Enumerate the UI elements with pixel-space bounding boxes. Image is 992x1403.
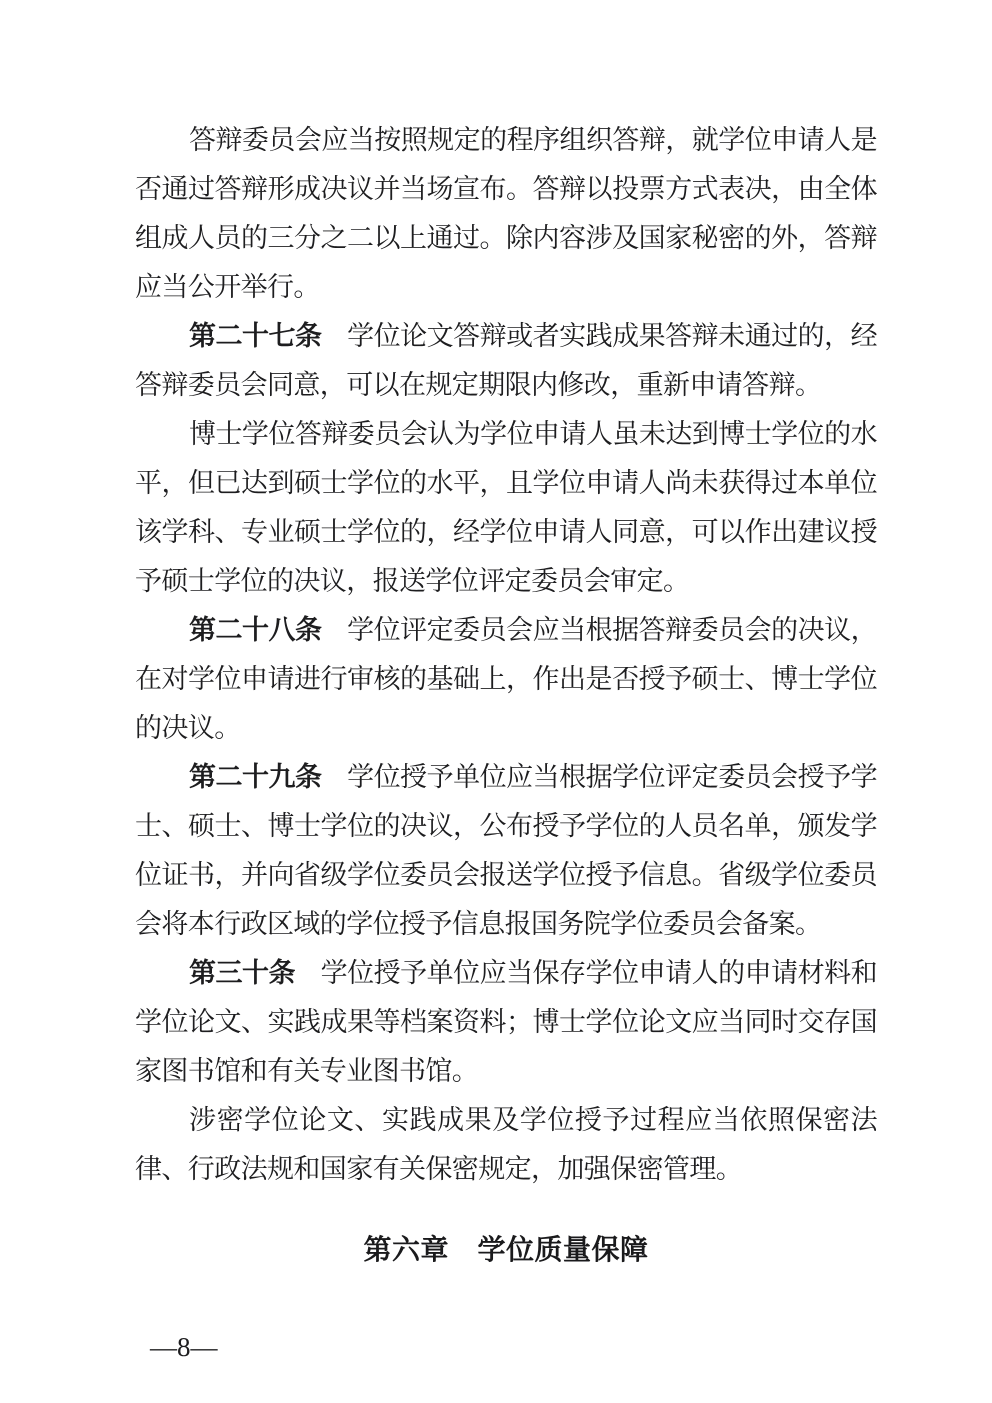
document-body: 答辩委员会应当按照规定的程序组织答辩，就学位申请人是否通过答辩形成决议并当场宣布… bbox=[135, 116, 877, 1274]
document-page: 答辩委员会应当按照规定的程序组织答辩，就学位申请人是否通过答辩形成决议并当场宣布… bbox=[0, 0, 992, 1403]
paragraph-text: 答辩委员会应当按照规定的程序组织答辩，就学位申请人是否通过答辩形成决议并当场宣布… bbox=[135, 125, 877, 302]
article-number: 第三十条 bbox=[189, 958, 295, 988]
article-number: 第二十七条 bbox=[189, 321, 322, 351]
paragraph: 第二十七条学位论文答辩或者实践成果答辩未通过的，经答辩委员会同意，可以在规定期限… bbox=[135, 312, 877, 410]
paragraph: 第三十条学位授予单位应当保存学位申请人的申请材料和学位论文、实践成果等档案资料；… bbox=[135, 949, 877, 1096]
page-number: —8— bbox=[150, 1331, 218, 1363]
paragraph: 答辩委员会应当按照规定的程序组织答辩，就学位申请人是否通过答辩形成决议并当场宣布… bbox=[135, 116, 877, 312]
article-number: 第二十九条 bbox=[189, 762, 322, 792]
paragraph: 第二十九条学位授予单位应当根据学位评定委员会授予学士、硕士、博士学位的决议，公布… bbox=[135, 753, 877, 949]
paragraph-text: 博士学位答辩委员会认为学位申请人虽未达到博士学位的水平，但已达到硕士学位的水平，… bbox=[135, 419, 877, 596]
paragraph: 博士学位答辩委员会认为学位申请人虽未达到博士学位的水平，但已达到硕士学位的水平，… bbox=[135, 410, 877, 606]
chapter-heading: 第六章 学位质量保障 bbox=[135, 1225, 877, 1274]
paragraph-text: 涉密学位论文、实践成果及学位授予过程应当依照保密法律、行政法规和国家有关保密规定… bbox=[135, 1105, 877, 1184]
article-number: 第二十八条 bbox=[189, 615, 322, 645]
paragraph: 第二十八条学位评定委员会应当根据答辩委员会的决议，在对学位申请进行审核的基础上，… bbox=[135, 606, 877, 753]
paragraph: 涉密学位论文、实践成果及学位授予过程应当依照保密法律、行政法规和国家有关保密规定… bbox=[135, 1096, 877, 1194]
